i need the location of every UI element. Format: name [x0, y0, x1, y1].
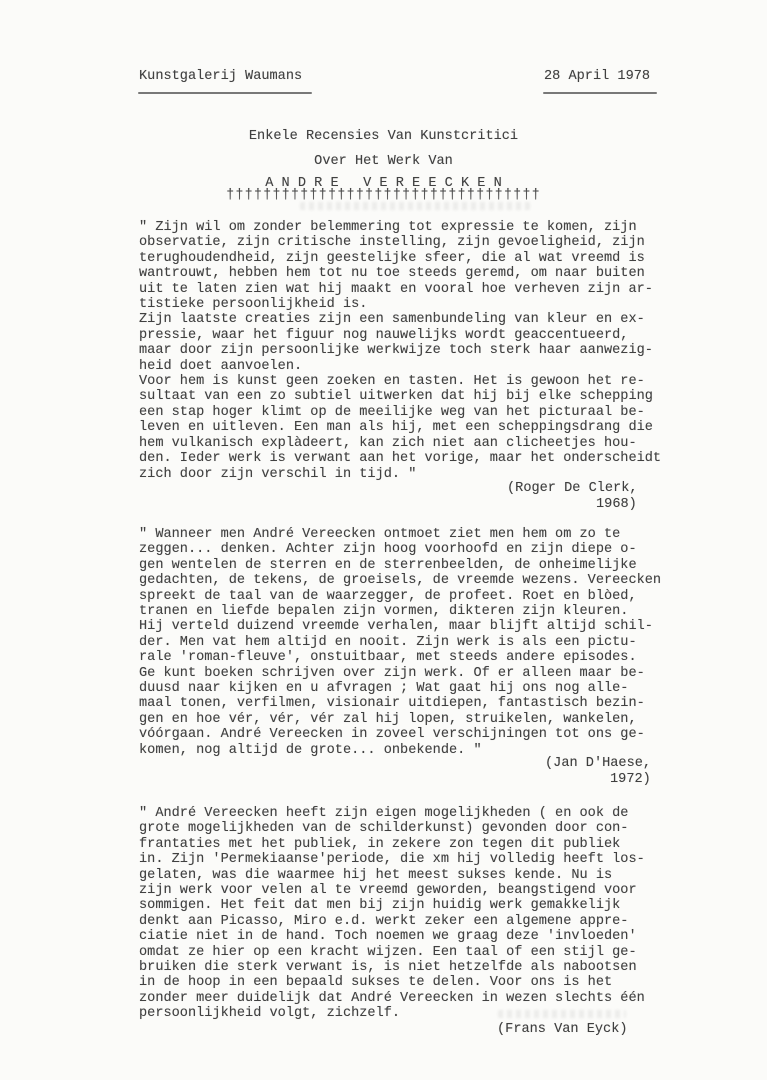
quote-paragraph-3: " André Vereecken heeft zijn eigen mogel… [139, 806, 645, 1022]
quote-2-year: 1972) [610, 772, 651, 787]
quote-paragraph-1: " Zijn wil om zonder belemmering tot exp… [139, 220, 661, 482]
document-title-line-2: Over Het Werk Van [0, 154, 767, 169]
date-underline [543, 92, 657, 94]
quote-1-year: 1968) [596, 497, 637, 512]
quote-3-attribution: (Frans Van Eyck) [497, 1022, 628, 1037]
document-title-line-1: Enkele Recensies Van Kunstcritici [0, 129, 767, 144]
quote-1-attribution: (Roger De Clerk, [507, 481, 638, 496]
document-date: 28 April 1978 [544, 69, 650, 84]
gallery-name-underline [138, 92, 312, 94]
typewritten-document-page: Kunstgalerij Waumans 28 April 1978 Enkel… [0, 0, 767, 1080]
quote-paragraph-2: " Wanneer men André Vereecken ontmoet zi… [139, 527, 661, 758]
ghost-text-smudge [300, 202, 530, 210]
quote-2-attribution: (Jan D'Haese, [545, 756, 651, 771]
gallery-name: Kunstgalerij Waumans [139, 69, 302, 84]
